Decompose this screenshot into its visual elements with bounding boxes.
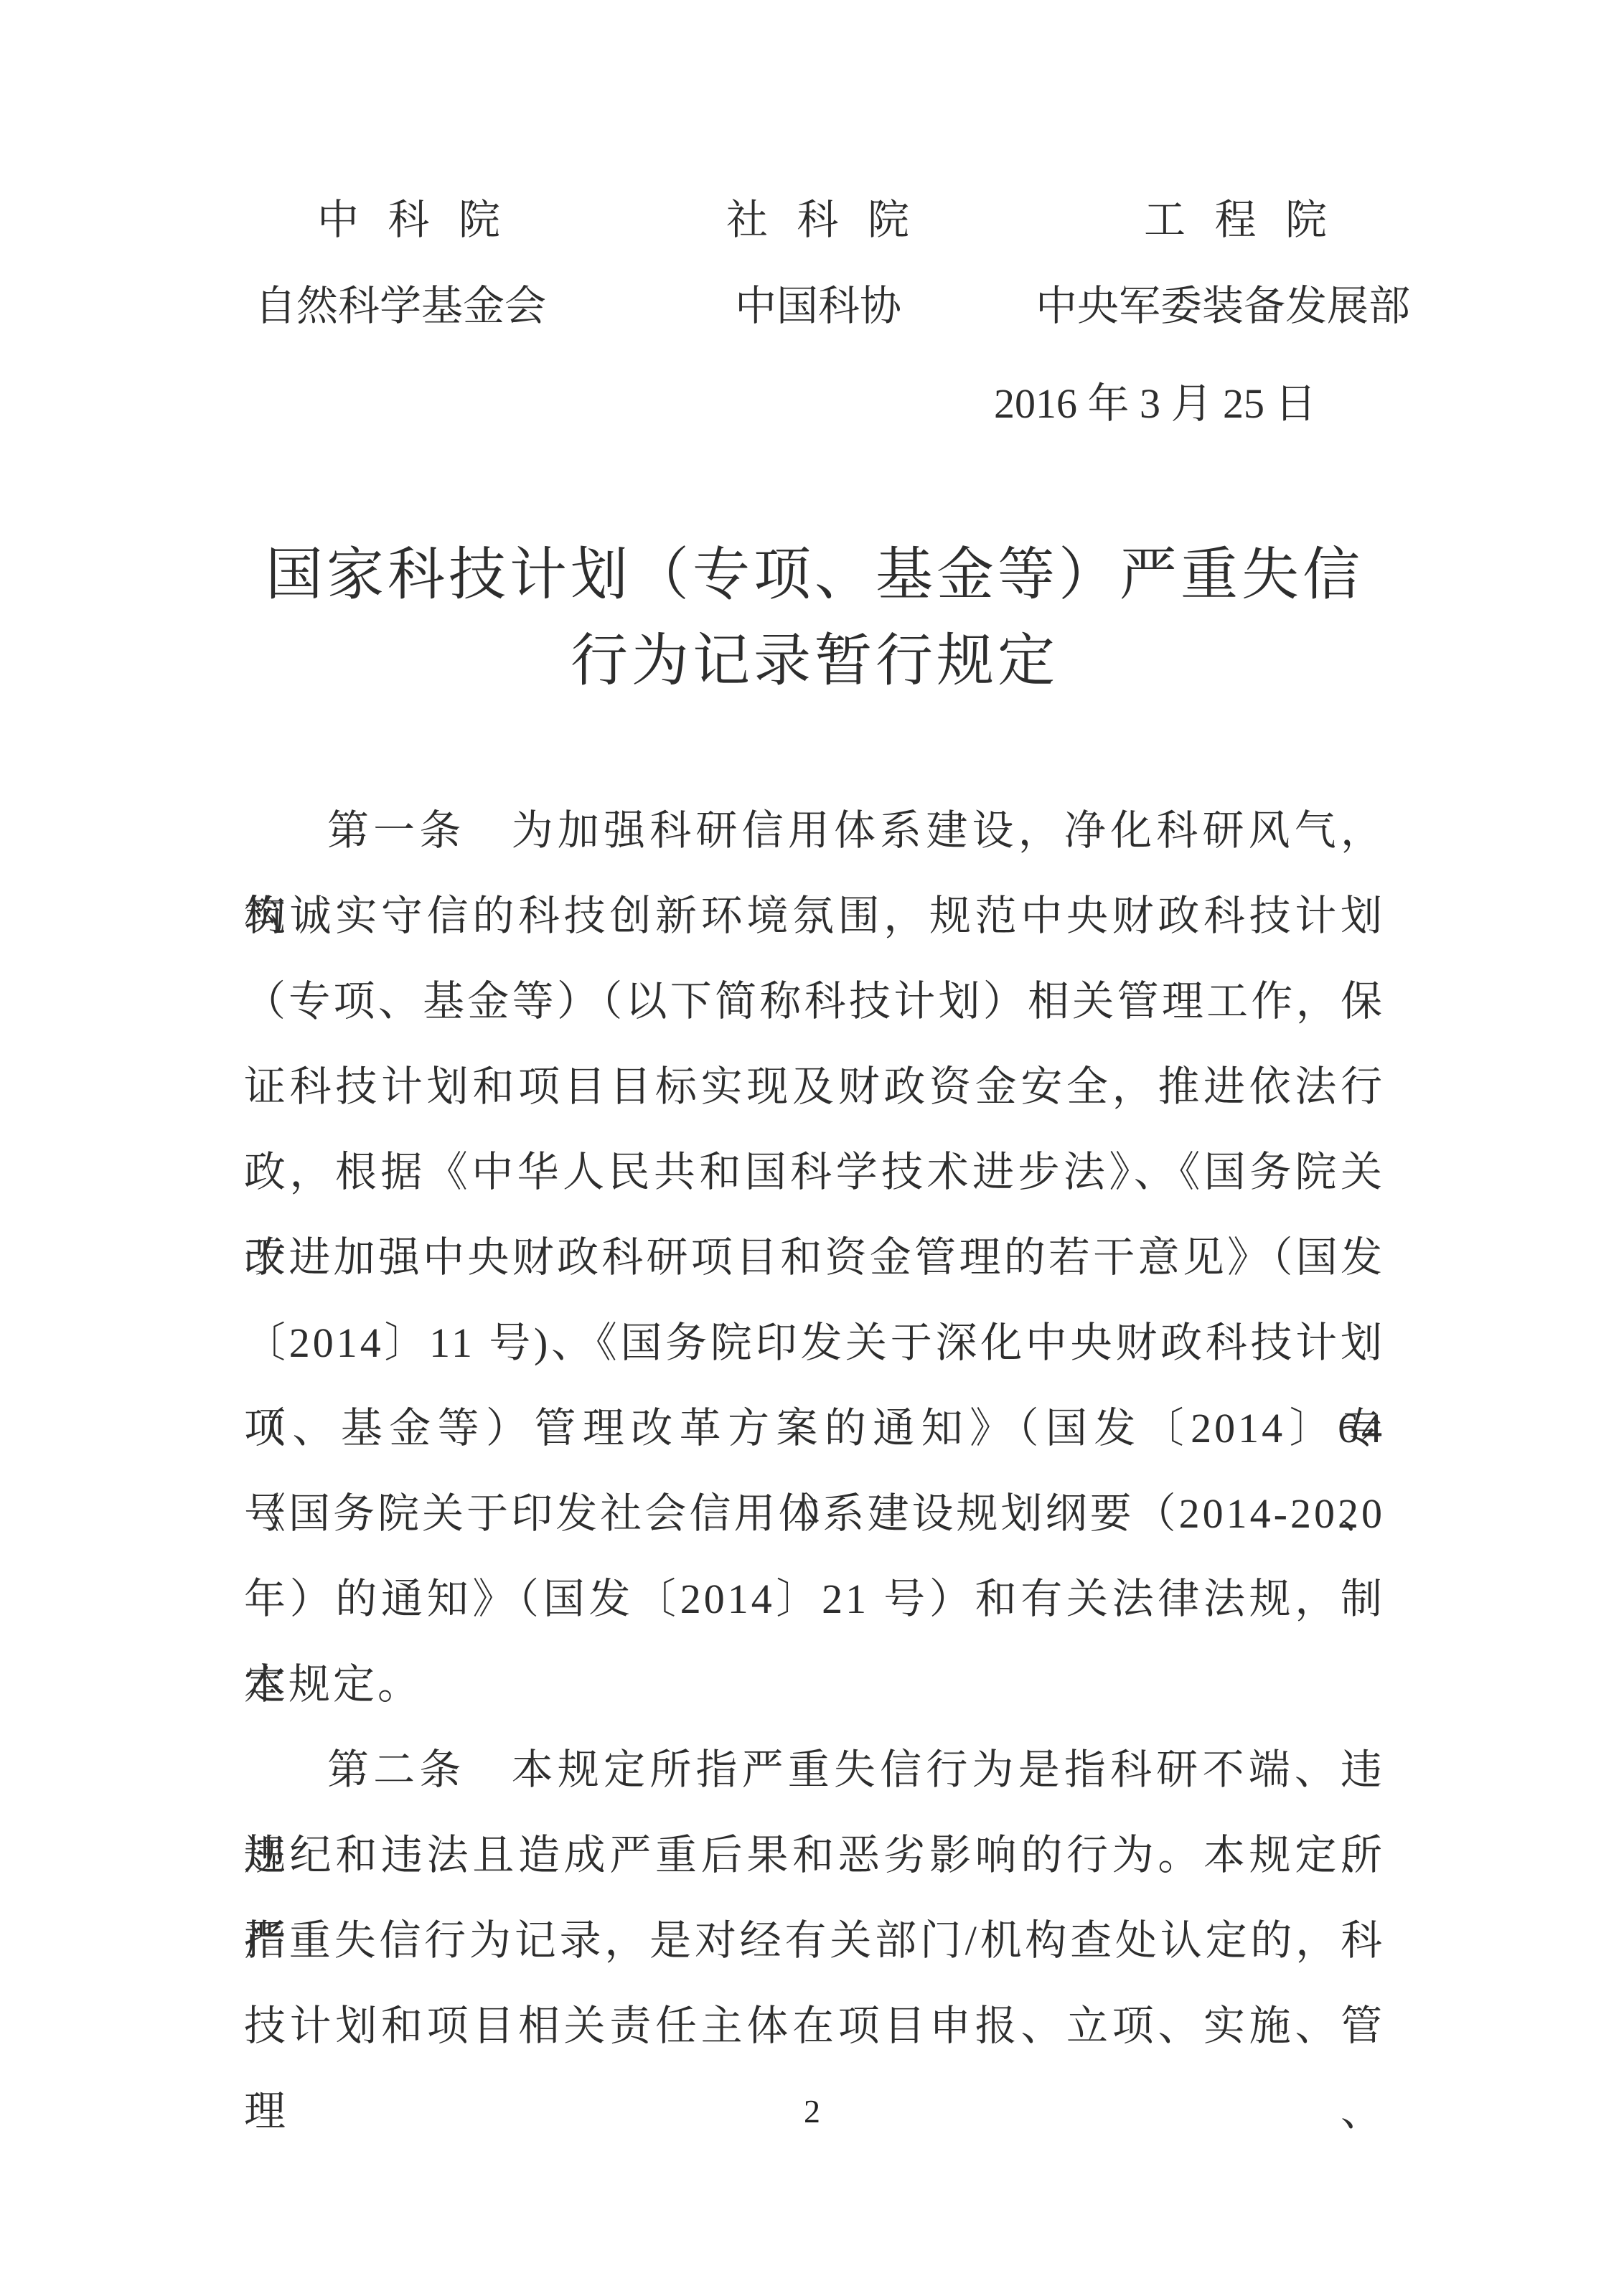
body-line: 项、基金等）管理改革方案的通知》（国发〔2014〕64 号）、	[244, 1385, 1385, 1471]
body-line: 第一条 为加强科研信用体系建设，净化科研风气，构	[244, 788, 1385, 873]
body-line: 违纪和违法且造成严重后果和恶劣影响的行为。本规定所指	[244, 1812, 1385, 1898]
body-line: 严重失信行为记录，是对经有关部门/机构查处认定的，科	[244, 1898, 1385, 1983]
signatory-nsfc: 自然科学基金会	[255, 286, 546, 327]
signatory-cass: 社 科 院	[726, 199, 909, 241]
body-line: 改进加强中央财政科研项目和资金管理的若干意见》（国发	[244, 1215, 1385, 1300]
document-page: 中 科 院 社 科 院 工 程 院 自然科学基金会 中国科协 中央军委装备发展部…	[0, 0, 1624, 2296]
body-line: （专项、基金等）（以下简称科技计划）相关管理工作，保	[244, 959, 1385, 1044]
issue-date: 2016 年 3 月 25 日	[994, 383, 1317, 425]
signatory-cas: 中 科 院	[317, 199, 500, 241]
signatory-emd: 中央军委装备发展部	[1036, 286, 1410, 327]
body-line: 第二条 本规定所指严重失信行为是指科研不端、违规、	[244, 1727, 1385, 1812]
signatory-cae: 工 程 院	[1144, 199, 1327, 241]
body-line: 《国务院关于印发社会信用体系建设规划纲要（2014-2020	[244, 1471, 1385, 1556]
body-line: 政，根据《中华人民共和国科学技术进步法》、《国务院关于	[244, 1129, 1385, 1215]
signatory-cast: 中国科协	[735, 286, 901, 327]
body-line: 筑诚实守信的科技创新环境氛围，规范中央财政科技计划	[244, 873, 1385, 959]
body-line: 证科技计划和项目目标实现及财政资金安全，推进依法行	[244, 1044, 1385, 1129]
body-line: 〔2014〕11 号)、《国务院印发关于深化中央财政科技计划（专	[244, 1300, 1385, 1385]
doc-title-line2: 行为记录暂行规定	[244, 618, 1385, 705]
body-text: 第一条 为加强科研信用体系建设，净化科研风气，构 筑诚实守信的科技创新环境氛围，…	[244, 788, 1385, 2069]
body-line: 本规定。	[244, 1642, 1385, 1727]
body-line: 年）的通知》（国发〔2014〕21 号）和有关法律法规，制定	[244, 1556, 1385, 1642]
page-number: 2	[0, 2095, 1624, 2128]
doc-title-line1: 国家科技计划（专项、基金等）严重失信	[244, 532, 1385, 618]
body-line: 技计划和项目相关责任主体在项目申报、立项、实施、管理、	[244, 1983, 1385, 2069]
